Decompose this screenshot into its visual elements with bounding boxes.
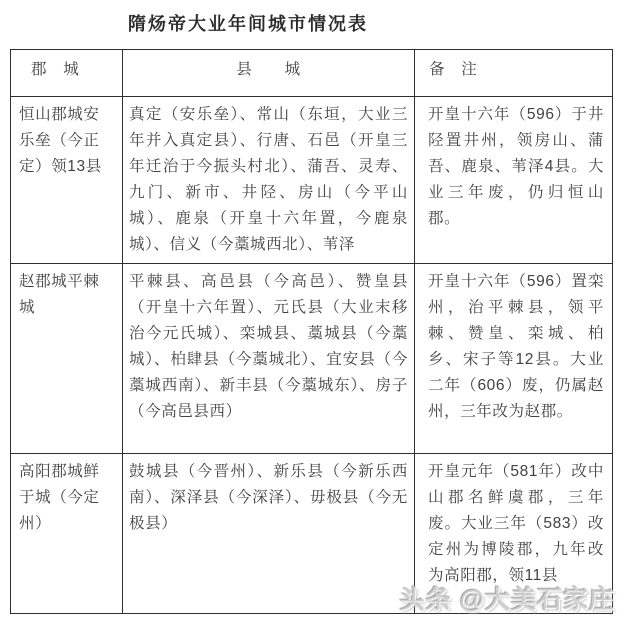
- jun-city-cell: 恒山郡城安乐垒（今正定）领13县: [11, 97, 123, 264]
- table-row: 赵郡城平棘城 平棘县、高邑县（今高邑）、赞皇县（开皇十六年置）、元氏县（大业末移…: [11, 264, 613, 454]
- table-row: 恒山郡城安乐垒（今正定）领13县 真定（安乐垒）、常山（东垣，大业三年并入真定县…: [11, 97, 613, 264]
- note-cell: 开皇十六年（596）于井陉置井州，领房山、蒲吾、鹿泉、苇泽4县。大业三年废，仍归…: [415, 97, 613, 264]
- xian-city-cell: 鼓城县（今晋州）、新乐县（今新乐西南）、深泽县（今深泽）、毋极县（今无极县）: [123, 454, 415, 614]
- header-note: 备 注: [415, 50, 613, 97]
- header-jun-city: 郡 城: [11, 50, 123, 97]
- note-cell: 开皇十六年（596）置栾州，治平棘县，领平棘、赞皇、栾城、柏乡、宋子等12县。大…: [415, 264, 613, 454]
- jun-city-cell: 高阳郡城鲜于城（今定州）: [11, 454, 123, 614]
- page-title: 隋炀帝大业年间城市情况表: [128, 10, 623, 36]
- xian-city-cell: 真定（安乐垒）、常山（东垣，大业三年并入真定县）、行唐、石邑（开皇三年迁治于今振…: [123, 97, 415, 264]
- jun-city-cell: 赵郡城平棘城: [11, 264, 123, 454]
- toutiao-watermark: 头条 @大美石家庄: [400, 580, 615, 616]
- page: 隋炀帝大业年间城市情况表 郡 城 县 城 备 注 恒山郡城安乐垒（今正定）领13…: [0, 0, 623, 617]
- table-header-row: 郡 城 县 城 备 注: [11, 50, 613, 97]
- city-table: 郡 城 县 城 备 注 恒山郡城安乐垒（今正定）领13县 真定（安乐垒）、常山（…: [10, 49, 613, 614]
- xian-city-cell: 平棘县、高邑县（今高邑）、赞皇县（开皇十六年置）、元氏县（大业末移治今元氏城）、…: [123, 264, 415, 454]
- header-xian-city: 县 城: [123, 50, 415, 97]
